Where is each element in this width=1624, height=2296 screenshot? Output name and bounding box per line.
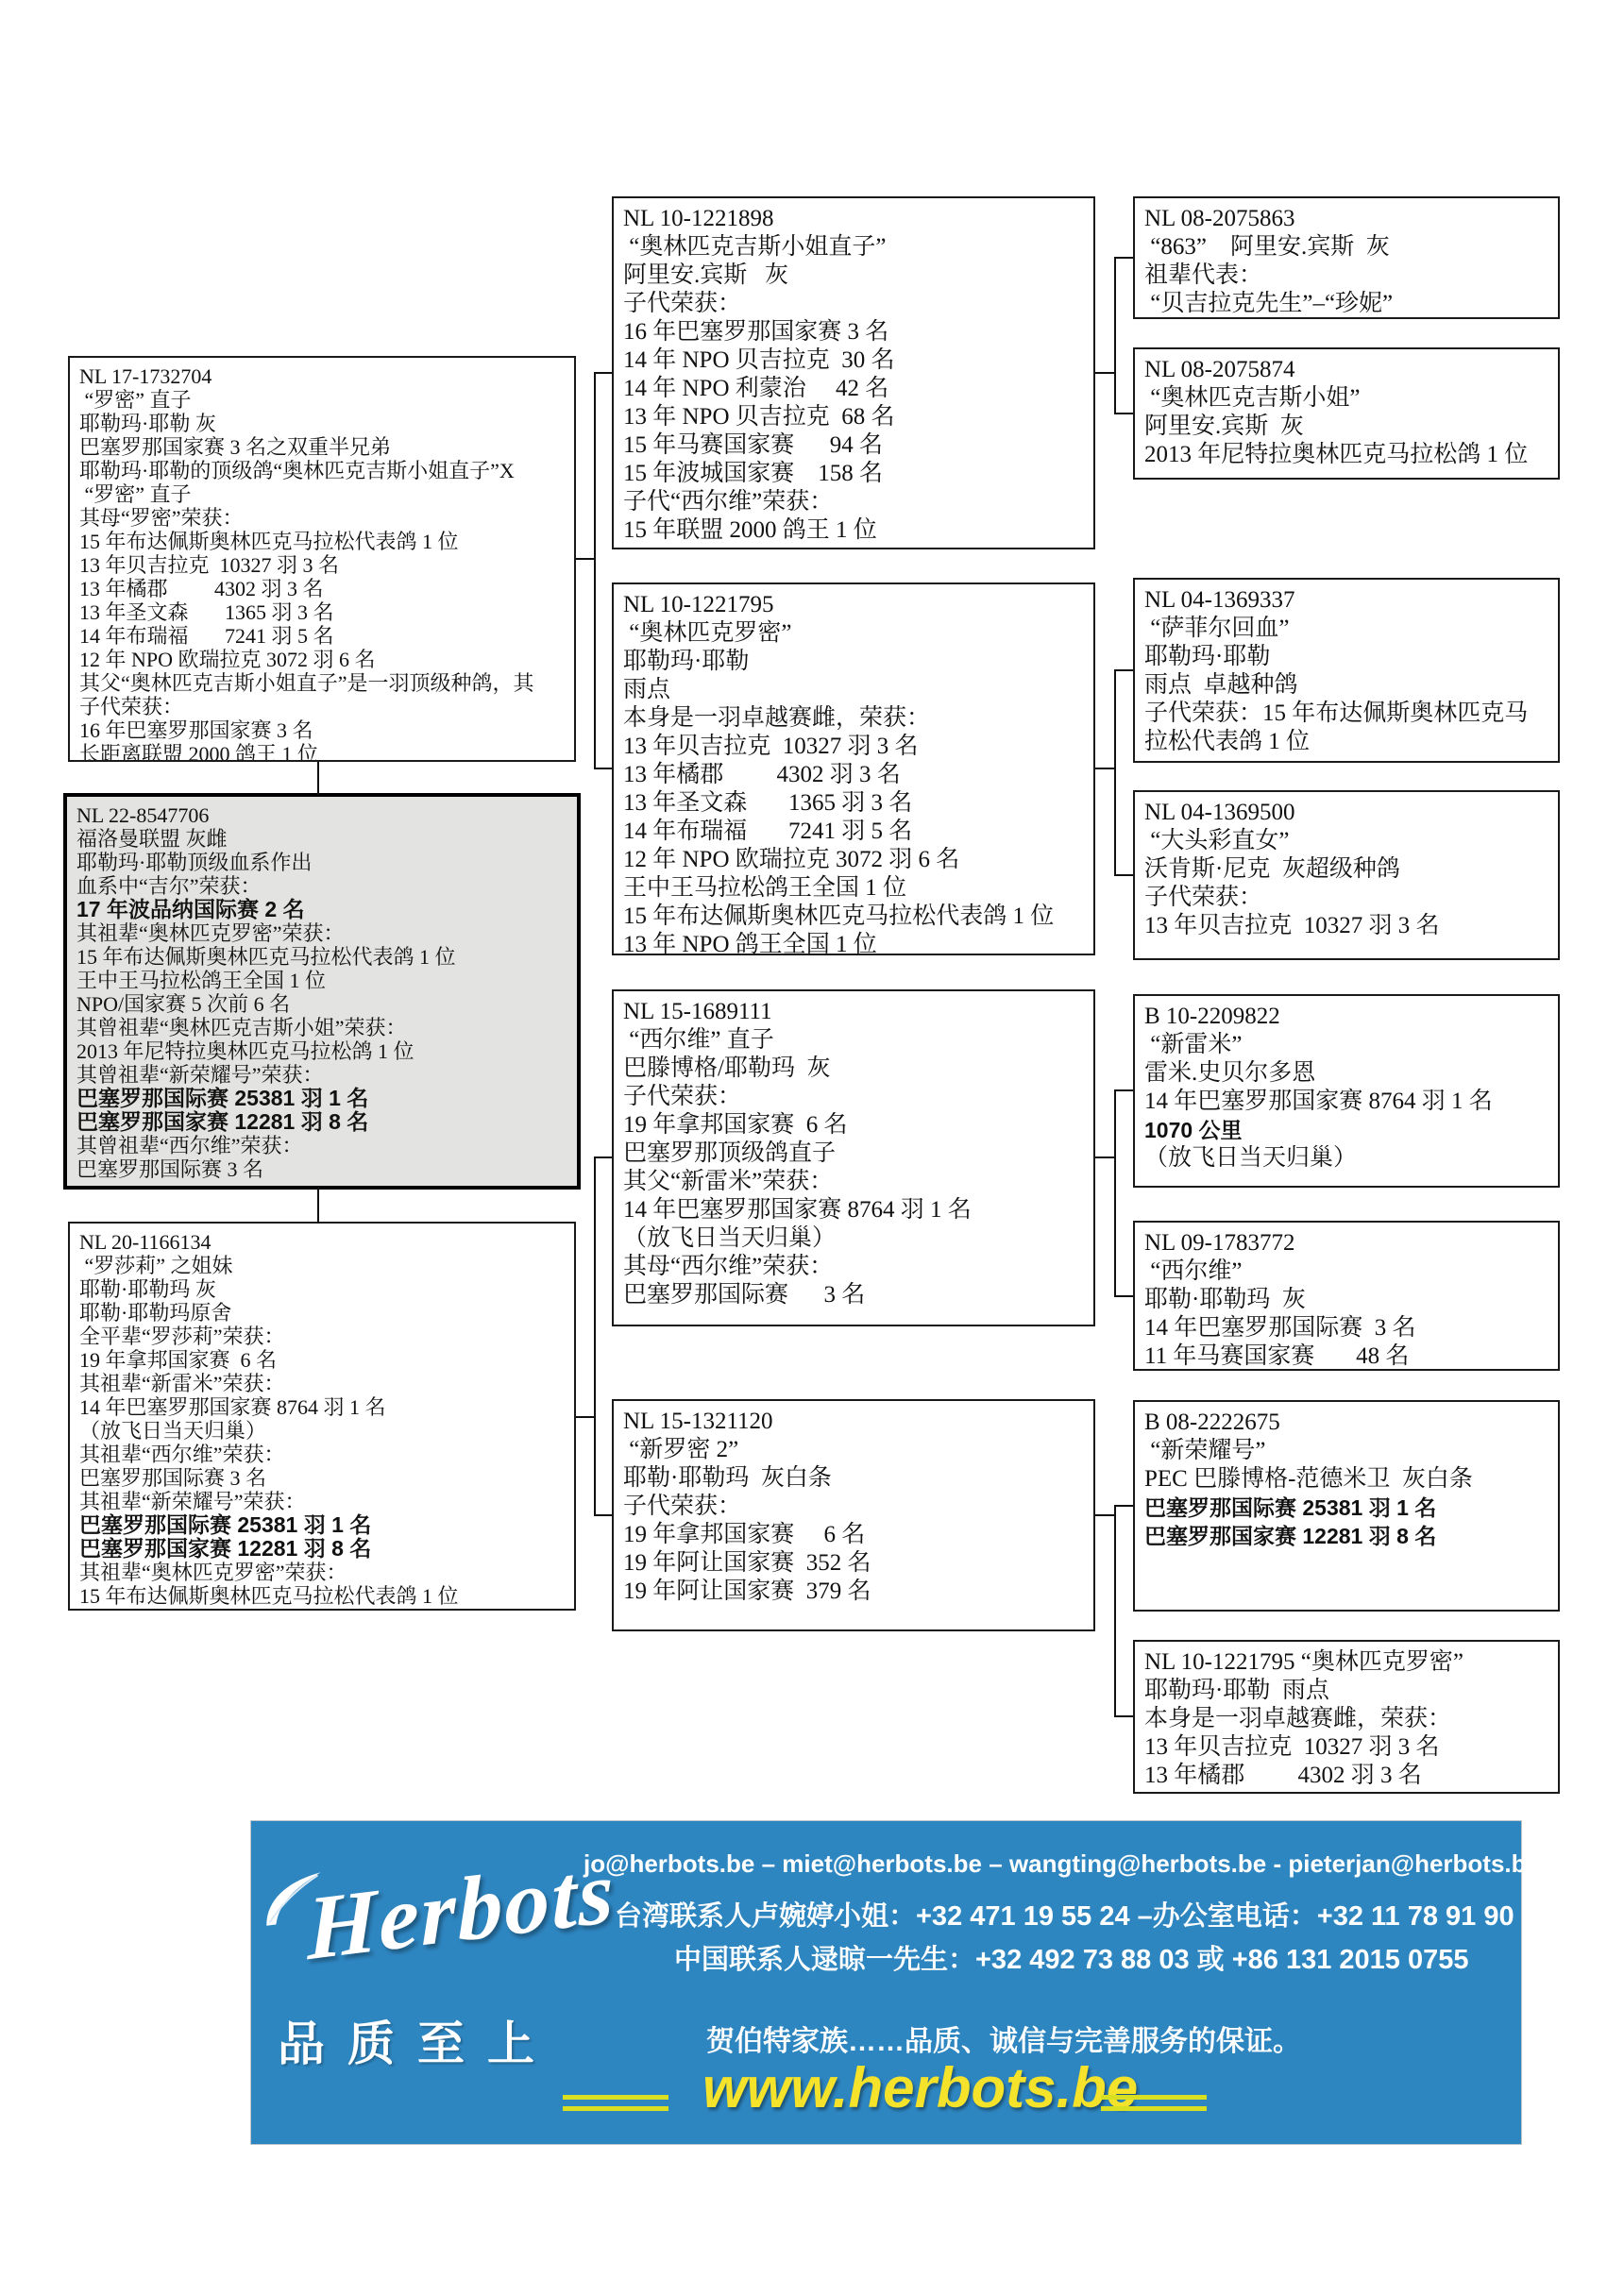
pedigree-line: 巴塞罗那国际赛 3 名 xyxy=(623,1281,1084,1309)
connector-line xyxy=(1095,1156,1116,1158)
pedigree-line: （放飞日当天归巢） xyxy=(1144,1144,1548,1173)
pedigree-line: 子代荣获： xyxy=(1144,884,1548,912)
pedigree-line: 16 年巴塞罗那国家赛 3 名 xyxy=(623,318,1084,346)
connector-line xyxy=(1114,257,1133,259)
pigeon-box-granddam-1: NL 10-1221795 “奥林匹克罗密”耶勒玛·耶勒雨点本身是一羽卓越赛雌，… xyxy=(612,582,1095,955)
pedigree-line: 其曾祖辈“西尔维”荣获： xyxy=(76,1134,567,1157)
pedigree-line: 雷米.史贝尔多恩 xyxy=(1144,1059,1548,1088)
pedigree-line: 巴塞罗那国家赛 3 名之双重半兄弟 xyxy=(79,435,565,459)
pedigree-line: 14 年 NPO 利蒙治 42 名 xyxy=(623,375,1084,403)
herbots-banner: Herbots 品质至上 jo@herbots.be – miet@herbot… xyxy=(250,1820,1522,2145)
pedigree-line: 耶勒玛·耶勒 xyxy=(1144,643,1548,671)
pedigree-line: 其母“罗密”荣获： xyxy=(79,506,565,530)
pigeon-box-greatgrandparent-8: NL 10-1221795 “奥林匹克罗密”耶勒玛·耶勒 雨点本身是一羽卓越赛雌… xyxy=(1133,1640,1560,1794)
pedigree-line: 阿里安.宾斯 灰 xyxy=(1144,413,1548,441)
ring-number: NL 04-1369500 xyxy=(1144,799,1548,827)
pedigree-line: 12 年 NPO 欧瑞拉克 3072 羽 6 名 xyxy=(79,648,565,671)
connector-line xyxy=(317,1188,319,1224)
pedigree-line: 15 年布达佩斯奥林匹克马拉松代表鸽 1 位 xyxy=(623,903,1084,931)
pedigree-line: 子代“西尔维”荣获： xyxy=(623,488,1084,516)
pedigree-line: 14 年巴塞罗那国家赛 8764 羽 1 名 xyxy=(623,1196,1084,1224)
connector-line xyxy=(576,1416,595,1418)
pedigree-line: 15 年马赛国家赛 94 名 xyxy=(623,431,1084,460)
decor-line xyxy=(563,2106,668,2111)
pigeon-box-greatgrandparent-6: NL 09-1783772 “西尔维”耶勒·耶勒玛 灰14 年巴塞罗那国际赛 3… xyxy=(1133,1221,1560,1371)
pigeon-box-greatgrandparent-1: NL 08-2075863 “863” 阿里安.宾斯 灰祖辈代表： “贝吉拉克先… xyxy=(1133,196,1560,319)
pedigree-line: “萨菲尔回血” xyxy=(1144,615,1548,643)
pedigree-line: 雨点 卓越种鸽 xyxy=(1144,671,1548,700)
pedigree-line: 耶勒·耶勒玛原舍 xyxy=(79,1301,565,1325)
pedigree-line: 19 年拿邦国家赛 6 名 xyxy=(623,1521,1084,1549)
pedigree-line: 福洛曼联盟 灰雌 xyxy=(76,827,567,851)
pedigree-line: 子代荣获：15 年布达佩斯奥林匹克马 xyxy=(1144,700,1548,728)
ring-number: NL 10-1221795 xyxy=(623,591,1084,619)
pigeon-box-greatgrandparent-3: NL 04-1369337 “萨菲尔回血”耶勒玛·耶勒雨点 卓越种鸽子代荣获：1… xyxy=(1133,578,1560,763)
pedigree-line: “新荣耀号” xyxy=(1144,1437,1548,1465)
pedigree-line: 15 年布达佩斯奥林匹克马拉松代表鸽 1 位 xyxy=(79,530,565,553)
pedigree-line: 本身是一羽卓越赛雌，荣获： xyxy=(623,704,1084,733)
pedigree-line: 12 年 NPO 欧瑞拉克 3072 羽 6 名 xyxy=(623,846,1084,874)
connector-line xyxy=(594,1156,613,1158)
ring-number: B 08-2222675 xyxy=(1144,1409,1548,1437)
connector-line xyxy=(317,762,319,795)
ring-number: NL 08-2075874 xyxy=(1144,356,1548,384)
connector-line xyxy=(1114,1089,1133,1091)
connector-line xyxy=(594,768,613,769)
pedigree-line: 13 年圣文森 1365 羽 3 名 xyxy=(79,600,565,624)
connector-line xyxy=(576,558,595,560)
email-contacts: jo@herbots.be – miet@herbots.be – wangti… xyxy=(584,1849,1540,1879)
pigeon-box-greatgrandparent-2: NL 08-2075874 “奥林匹克吉斯小姐”阿里安.宾斯 灰2013 年尼特… xyxy=(1133,347,1560,480)
pedigree-line: 2013 年尼特拉奥林匹克马拉松鸽 1 位 xyxy=(1144,441,1548,469)
pedigree-line: 长距离联盟 2000 鸽王 1 位 xyxy=(79,742,565,762)
ring-number: NL 20-1166134 xyxy=(79,1230,565,1254)
connector-line xyxy=(594,1514,613,1516)
pedigree-line: 耶勒·耶勒玛 灰白条 xyxy=(623,1464,1084,1493)
pedigree-line: 14 年布瑞福 7241 羽 5 名 xyxy=(79,624,565,648)
connector-line xyxy=(1114,669,1116,876)
connector-line xyxy=(1114,1715,1133,1717)
pigeon-box-sire: NL 17-1732704 “罗密” 直子耶勒玛·耶勒 灰巴塞罗那国家赛 3 名… xyxy=(68,356,576,762)
pedigree-line: 耶勒·耶勒玛 灰 xyxy=(79,1277,565,1301)
pigeon-box-grandsire-2: NL 15-1689111 “西尔维” 直子巴滕博格/耶勒玛 灰子代荣获：19 … xyxy=(612,989,1095,1326)
connector-line xyxy=(594,372,613,374)
pedigree-line: 19 年拿邦国家赛 6 名 xyxy=(79,1348,565,1372)
pedigree-line: “奥林匹克吉斯小姐直子” xyxy=(623,233,1084,262)
pedigree-line: 15 年布达佩斯奥林匹克马拉松代表鸽 1 位 xyxy=(79,1584,565,1608)
decor-line xyxy=(1101,2095,1207,2100)
pedigree-line: 祖辈代表： xyxy=(1144,262,1548,290)
pedigree-line: “贝吉拉克先生”–“珍妮” xyxy=(1144,290,1548,318)
pedigree-line: 巴塞罗那国家赛 12281 羽 8 名 xyxy=(76,1110,567,1134)
connector-line xyxy=(1114,874,1133,876)
pedigree-line: 耶勒玛·耶勒的顶级鸽“奥林匹克吉斯小姐直子”X xyxy=(79,459,565,482)
pedigree-line: 巴塞罗那国际赛 3 名 xyxy=(76,1157,567,1181)
connector-line xyxy=(1095,1514,1116,1516)
pedigree-line: 耶勒·耶勒玛 灰 xyxy=(1144,1286,1548,1314)
pedigree-line: 17 年波品纳国际赛 2 名 xyxy=(76,898,567,921)
pedigree-line: “863” 阿里安.宾斯 灰 xyxy=(1144,233,1548,262)
pedigree-line: 耶勒玛·耶勒顶级血系作出 xyxy=(76,851,567,874)
pigeon-box-granddam-2: NL 15-1321120 “新罗密 2”耶勒·耶勒玛 灰白条子代荣获：19 年… xyxy=(612,1399,1095,1631)
pedigree-line: 13 年橘郡 4302 羽 3 名 xyxy=(1144,1762,1548,1790)
contact-taiwan: 台湾联系人卢婉婷小姐：+32 471 19 55 24 –办公室电话：+32 1… xyxy=(615,1895,1514,1933)
decor-line xyxy=(1101,2106,1207,2111)
pedigree-line: 13 年橘郡 4302 羽 3 名 xyxy=(79,577,565,600)
pedigree-line: 14 年 NPO 贝吉拉克 30 名 xyxy=(623,346,1084,375)
pedigree-line: 15 年布达佩斯奥林匹克马拉松代表鸽 1 位 xyxy=(76,945,567,969)
ring-number: NL 10-1221795 “奥林匹克罗密” xyxy=(1144,1648,1548,1677)
pedigree-line: 其父“新雷米”荣获： xyxy=(623,1168,1084,1196)
connector-line xyxy=(594,1156,596,1516)
pedigree-line: 13 年 NPO 鸽王全国 1 位 xyxy=(623,931,1084,955)
pedigree-line: 沃肯斯·尼克 灰超级种鸽 xyxy=(1144,855,1548,884)
pedigree-line: 13 年贝吉拉克 10327 羽 3 名 xyxy=(1144,912,1548,940)
connector-line xyxy=(1095,372,1116,374)
connector-line xyxy=(1114,669,1133,671)
pedigree-line: 子代荣获： xyxy=(623,1083,1084,1111)
pedigree-line: 19 年拿邦国家赛 6 名 xyxy=(623,1111,1084,1140)
pedigree-line: 其母“西尔维”荣获： xyxy=(623,1253,1084,1281)
pedigree-line: NPO/国家赛 5 次前 6 名 xyxy=(76,992,567,1016)
pedigree-line: “新雷米” xyxy=(1144,1031,1548,1059)
ring-number: NL 15-1689111 xyxy=(623,998,1084,1026)
pedigree-line: 巴塞罗那国际赛 25381 羽 1 名 xyxy=(1144,1494,1548,1522)
ring-number: NL 04-1369337 xyxy=(1144,586,1548,615)
pedigree-line: 13 年贝吉拉克 10327 羽 3 名 xyxy=(79,553,565,577)
pedigree-line: 14 年巴塞罗那国家赛 8764 羽 1 名 xyxy=(79,1395,565,1419)
pedigree-line: 耶勒玛·耶勒 灰 xyxy=(79,412,565,435)
pedigree-line: 13 年橘郡 4302 羽 3 名 xyxy=(623,761,1084,789)
pedigree-line: （放飞日当天归巢） xyxy=(79,1419,565,1443)
pedigree-line: 14 年布瑞福 7241 羽 5 名 xyxy=(623,818,1084,846)
ring-number: NL 10-1221898 xyxy=(623,205,1084,233)
connector-line xyxy=(1114,1295,1133,1297)
pedigree-line: 15 年联盟 2000 鸽王 1 位 xyxy=(623,516,1084,545)
pigeon-box-grandsire-1: NL 10-1221898 “奥林匹克吉斯小姐直子”阿里安.宾斯 灰子代荣获：1… xyxy=(612,196,1095,549)
pedigree-line: 拉松代表鸽 1 位 xyxy=(1144,728,1548,756)
pedigree-line: 15 年波城国家赛 158 名 xyxy=(623,460,1084,488)
pedigree-line: 子代荣获： xyxy=(79,695,565,718)
connector-line xyxy=(1114,257,1116,414)
pedigree-line: “新罗密 2” xyxy=(623,1436,1084,1464)
pedigree-line: 巴塞罗那国际赛 25381 羽 1 名 xyxy=(79,1513,565,1537)
pedigree-line: 14 年巴塞罗那国家赛 8764 羽 1 名 xyxy=(1144,1088,1548,1116)
pedigree-line: 19 年阿让国家赛 352 名 xyxy=(623,1549,1084,1578)
connector-line xyxy=(1114,1505,1116,1717)
ring-number: NL 15-1321120 xyxy=(623,1408,1084,1436)
pigeon-box-greatgrandparent-7: B 08-2222675 “新荣耀号”PEC 巴滕博格-范德米卫 灰白条巴塞罗那… xyxy=(1133,1400,1560,1612)
pedigree-line: 11 年马赛国家赛 48 名 xyxy=(1144,1342,1548,1371)
pedigree-line: “罗莎莉” 之姐妹 xyxy=(79,1254,565,1277)
pedigree-line: 王中王马拉松鸽王全国 1 位 xyxy=(76,969,567,992)
pedigree-line: 全平辈“罗莎莉”荣获： xyxy=(79,1325,565,1348)
pedigree-line: 巴滕博格/耶勒玛 灰 xyxy=(623,1055,1084,1083)
pedigree-line: 其祖辈“西尔维”荣获： xyxy=(79,1443,565,1466)
ring-number: NL 22-8547706 xyxy=(76,803,567,827)
pedigree-line: 巴塞罗那顶级鸽直子 xyxy=(623,1140,1084,1168)
pedigree-line: 子代荣获： xyxy=(623,290,1084,318)
pedigree-line: 阿里安.宾斯 灰 xyxy=(623,262,1084,290)
pedigree-line: 14 年巴塞罗那国际赛 3 名 xyxy=(1144,1314,1548,1342)
connector-line xyxy=(1114,1505,1133,1507)
pedigree-line: “罗密” 直子 xyxy=(79,482,565,506)
pigeon-box-dam: NL 20-1166134 “罗莎莉” 之姐妹耶勒·耶勒玛 灰耶勒·耶勒玛原舍全… xyxy=(68,1222,576,1611)
pedigree-line: “西尔维” 直子 xyxy=(623,1026,1084,1055)
pedigree-line: PEC 巴滕博格-范德米卫 灰白条 xyxy=(1144,1465,1548,1494)
decor-line xyxy=(563,2095,668,2100)
ring-number: NL 08-2075863 xyxy=(1144,205,1548,233)
pedigree-line: 耶勒玛·耶勒 雨点 xyxy=(1144,1677,1548,1705)
pedigree-line: “西尔维” xyxy=(1144,1258,1548,1286)
pedigree-line: “罗密” 直子 xyxy=(79,388,565,412)
ring-number: B 10-2209822 xyxy=(1144,1003,1548,1031)
website-url: www.herbots.be xyxy=(702,2055,1138,2120)
pedigree-line: 其祖辈“新雷米”荣获： xyxy=(79,1372,565,1395)
pedigree-line: 13 年 NPO 贝吉拉克 68 名 xyxy=(623,403,1084,431)
herbots-logo: Herbots xyxy=(306,1838,616,1982)
pedigree-line: “奥林匹克罗密” xyxy=(623,619,1084,648)
pedigree-line: 其祖辈“奥林匹克罗密”荣获： xyxy=(79,1561,565,1584)
pedigree-sheet: NL 17-1732704 “罗密” 直子耶勒玛·耶勒 灰巴塞罗那国家赛 3 名… xyxy=(0,0,1624,2296)
pigeon-box-greatgrandparent-4: NL 04-1369500 “大头彩直女”沃肯斯·尼克 灰超级种鸽子代荣获：13… xyxy=(1133,790,1560,960)
pedigree-line: 13 年圣文森 1365 羽 3 名 xyxy=(623,789,1084,818)
pedigree-line: 其曾祖辈“奥林匹克吉斯小姐”荣获： xyxy=(76,1016,567,1039)
pedigree-line: “奥林匹克吉斯小姐” xyxy=(1144,384,1548,413)
pedigree-line: 巴塞罗那国际赛 3 名 xyxy=(79,1466,565,1490)
family-slogan: 贺伯特家族……品质、诚信与完善服务的保证。 xyxy=(706,2017,1301,2059)
pedigree-line: “大头彩直女” xyxy=(1144,827,1548,855)
pedigree-line: 雨点 xyxy=(623,676,1084,704)
ring-number: NL 17-1732704 xyxy=(79,364,565,388)
pigeon-box-greatgrandparent-5: B 10-2209822 “新雷米”雷米.史贝尔多恩14 年巴塞罗那国家赛 87… xyxy=(1133,994,1560,1188)
pedigree-line: 耶勒玛·耶勒 xyxy=(623,648,1084,676)
pedigree-line: 子代荣获： xyxy=(623,1493,1084,1521)
logo-slogan: 品质至上 xyxy=(278,2006,557,2074)
pedigree-line: 1070 公里 xyxy=(1144,1116,1548,1144)
pedigree-line: 其曾祖辈“新荣耀号”荣获： xyxy=(76,1063,567,1087)
connector-line xyxy=(1114,413,1133,414)
pedigree-line: 其祖辈“新荣耀号”荣获： xyxy=(79,1490,565,1513)
contact-china: 中国联系人逯晾一先生：+32 492 73 88 03 或 +86 131 20… xyxy=(674,1938,1468,1977)
pedigree-line: 其祖辈“奥林匹克罗密”荣获： xyxy=(76,921,567,945)
pedigree-line: （放飞日当天归巢） xyxy=(623,1224,1084,1253)
connector-line xyxy=(1114,1089,1116,1297)
pedigree-line: 19 年阿让国家赛 379 名 xyxy=(623,1578,1084,1606)
pedigree-line: 血系中“吉尔”荣获： xyxy=(76,874,567,898)
ring-number: NL 09-1783772 xyxy=(1144,1229,1548,1258)
pedigree-line: 巴塞罗那国际赛 25381 羽 1 名 xyxy=(76,1087,567,1110)
pedigree-line: 本身是一羽卓越赛雌，荣获： xyxy=(1144,1705,1548,1733)
pedigree-line: 巴塞罗那国家赛 12281 羽 8 名 xyxy=(79,1537,565,1561)
pedigree-line: 13 年贝吉拉克 10327 羽 3 名 xyxy=(623,733,1084,761)
pigeon-box-subject: NL 22-8547706福洛曼联盟 灰雌耶勒玛·耶勒顶级血系作出血系中“吉尔”… xyxy=(63,793,581,1190)
connector-line xyxy=(1095,768,1116,769)
pedigree-line: 2013 年尼特拉奥林匹克马拉松鸽 1 位 xyxy=(76,1039,567,1063)
connector-line xyxy=(594,372,596,769)
pedigree-line: 其父“奥林匹克吉斯小姐直子”是一羽顶级种鸽，其 xyxy=(79,671,565,695)
pedigree-line: 巴塞罗那国家赛 12281 羽 8 名 xyxy=(1144,1522,1548,1550)
pedigree-line: 13 年贝吉拉克 10327 羽 3 名 xyxy=(1144,1733,1548,1762)
pedigree-line: 王中王马拉松鸽王全国 1 位 xyxy=(623,874,1084,903)
pedigree-line: 16 年巴塞罗那国家赛 3 名 xyxy=(79,718,565,742)
